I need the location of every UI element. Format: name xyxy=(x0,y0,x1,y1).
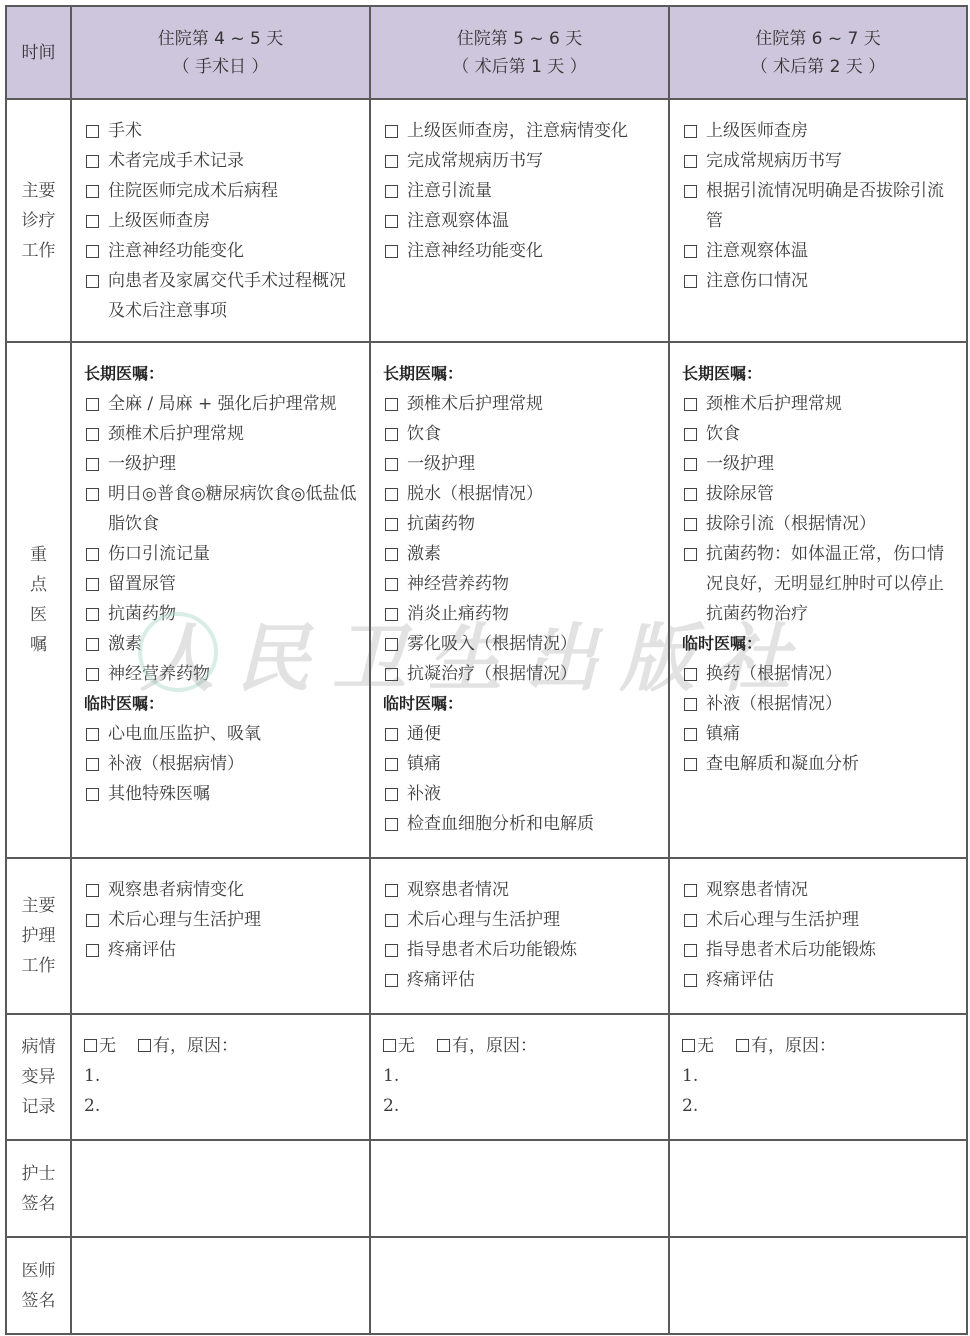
nurse-signature-day2[interactable] xyxy=(370,1140,669,1237)
checklist-item: 心电血压监护、吸氧 xyxy=(84,719,359,749)
checklist-item: 补液（根据情况） xyxy=(682,689,956,719)
checklist-item: 注意神经功能变化 xyxy=(383,236,658,266)
checklist-item-text: 上级医师查房 xyxy=(108,211,210,231)
checkbox-icon[interactable] xyxy=(86,548,99,561)
checklist-item-text: 拔除引流（根据情况） xyxy=(706,514,876,534)
checklist-item-text: 抗菌药物 xyxy=(407,514,475,534)
checkbox-icon[interactable] xyxy=(684,884,697,897)
checklist-item: 术后心理与生活护理 xyxy=(383,905,658,935)
checklist-item-text: 向患者及家属交代手术过程概况及术后注意事项 xyxy=(108,271,346,321)
label-line: 医 xyxy=(11,600,66,630)
checkbox-icon[interactable] xyxy=(684,548,697,561)
checklist-item-text: 换药（根据情况） xyxy=(706,664,842,684)
variation-day1: 无有，原因：1.2. xyxy=(71,1014,370,1140)
checkbox-icon[interactable] xyxy=(86,215,99,228)
reason-line[interactable]: 1. xyxy=(682,1061,956,1091)
checklist-item-text: 雾化吸入（根据情况） xyxy=(407,634,577,654)
checkbox-icon[interactable] xyxy=(86,245,99,258)
row-label-nurse-signature: 护士 签名 xyxy=(6,1140,71,1237)
label-line: 签名 xyxy=(11,1189,66,1219)
row-label-main-work: 主要 诊疗 工作 xyxy=(6,99,71,342)
variation-options: 无有，原因： xyxy=(84,1031,359,1061)
checklist-item-text: 注意引流量 xyxy=(407,181,492,201)
checklist-item: 换药（根据情况） xyxy=(682,659,956,689)
checkbox-icon[interactable] xyxy=(86,608,99,621)
checklist-item-text: 注意伤口情况 xyxy=(706,271,808,291)
checkbox-icon[interactable] xyxy=(385,728,398,741)
checklist-item-text: 镇痛 xyxy=(407,754,441,774)
checklist-item-text: 颈椎术后护理常规 xyxy=(407,394,543,414)
nursing-work-day3: 观察患者情况术后心理与生活护理指导患者术后功能锻炼疼痛评估 xyxy=(669,858,967,1014)
checklist-item: 颈椎术后护理常规 xyxy=(383,389,658,419)
doctor-signature-day2[interactable] xyxy=(370,1237,669,1334)
checklist-item: 镇痛 xyxy=(682,719,956,749)
label-line: 病情 xyxy=(11,1032,66,1062)
row-key-orders: 重 点 医 嘱 长期医嘱：全麻 / 局麻 + 强化后护理常规颈椎术后护理常规一级… xyxy=(6,342,967,858)
checkbox-icon[interactable] xyxy=(86,788,99,801)
checklist-item-text: 一级护理 xyxy=(108,454,176,474)
day-header-2-title: 住院第 5 ~ 6 天 xyxy=(371,25,668,53)
checklist-item-text: 抗菌药物：如体温正常，伤口情况良好，无明显红肿时可以停止抗菌药物治疗 xyxy=(706,544,944,624)
checkbox-icon[interactable] xyxy=(684,974,697,987)
checklist-item-text: 根据引流情况明确是否拔除引流管 xyxy=(706,181,944,231)
checklist-item: 饮食 xyxy=(383,419,658,449)
row-label-doctor-signature: 医师 签名 xyxy=(6,1237,71,1334)
checklist-item: 其他特殊医嘱 xyxy=(84,779,359,809)
checklist-item: 伤口引流记量 xyxy=(84,539,359,569)
option-yes-label: 有，原因： xyxy=(153,1036,238,1056)
label-line: 主要 xyxy=(11,891,66,921)
checklist-item-text: 激素 xyxy=(108,634,142,654)
checklist-item-text: 完成常规病历书写 xyxy=(706,151,842,171)
checklist-item: 疼痛评估 xyxy=(84,935,359,965)
nurse-signature-day1[interactable] xyxy=(71,1140,370,1237)
checklist-item: 术后心理与生活护理 xyxy=(84,905,359,935)
label-line: 医师 xyxy=(11,1256,66,1286)
checklist-item: 拔除引流（根据情况） xyxy=(682,509,956,539)
checklist-item: 补液 xyxy=(383,779,658,809)
checklist-item-text: 一级护理 xyxy=(407,454,475,474)
checkbox-icon[interactable] xyxy=(86,668,99,681)
option-none-label: 无 xyxy=(99,1036,116,1056)
checklist-item: 补液（根据病情） xyxy=(84,749,359,779)
checklist-item-text: 神经营养药物 xyxy=(108,664,210,684)
checklist-item-text: 明日◎普食◎糖尿病饮食◎低盐低脂饮食 xyxy=(108,484,357,534)
clinical-pathway-form: 时间 住院第 4 ~ 5 天 （ 手术日 ） 住院第 5 ~ 6 天 （ 术后第… xyxy=(5,5,966,1335)
checkbox-icon[interactable] xyxy=(684,275,697,288)
variation-options: 无有，原因： xyxy=(682,1031,956,1061)
checklist-item-text: 补液（根据病情） xyxy=(108,754,244,774)
checkbox-icon[interactable] xyxy=(385,884,398,897)
checkbox-icon[interactable] xyxy=(684,944,697,957)
doctor-signature-day1[interactable] xyxy=(71,1237,370,1334)
checkbox-icon[interactable] xyxy=(385,818,398,831)
checklist-item: 雾化吸入（根据情况） xyxy=(383,629,658,659)
checklist-item-text: 心电血压监护、吸氧 xyxy=(108,724,261,744)
checkbox-icon[interactable] xyxy=(684,728,697,741)
checklist-item: 手术 xyxy=(84,116,359,146)
checkbox-icon[interactable] xyxy=(684,914,697,927)
checklist-item: 抗菌药物 xyxy=(383,509,658,539)
checklist-item: 上级医师查房 xyxy=(84,206,359,236)
day-header-1-sub: （ 手术日 ） xyxy=(72,53,369,81)
header-row: 时间 住院第 4 ~ 5 天 （ 手术日 ） 住院第 5 ~ 6 天 （ 术后第… xyxy=(6,6,967,99)
checkbox-icon[interactable] xyxy=(385,458,398,471)
checkbox-icon[interactable] xyxy=(86,125,99,138)
row-label-key-orders: 重 点 医 嘱 xyxy=(6,342,71,858)
long-term-orders-heading: 长期医嘱： xyxy=(682,359,956,389)
checklist-item: 一级护理 xyxy=(682,449,956,479)
checklist-item: 抗凝治疗（根据情况） xyxy=(383,659,658,689)
checklist-item-text: 伤口引流记量 xyxy=(108,544,210,564)
checkbox-icon[interactable] xyxy=(86,578,99,591)
checklist-item: 拔除尿管 xyxy=(682,479,956,509)
label-line: 诊疗 xyxy=(11,206,66,236)
checkbox-icon[interactable] xyxy=(385,548,398,561)
checkbox-icon[interactable] xyxy=(385,638,398,651)
checklist-item: 注意神经功能变化 xyxy=(84,236,359,266)
day-header-2: 住院第 5 ~ 6 天 （ 术后第 1 天 ） xyxy=(370,6,669,99)
checkbox-icon[interactable] xyxy=(86,884,99,897)
doctor-signature-day3[interactable] xyxy=(669,1237,967,1334)
checklist-item: 消炎止痛药物 xyxy=(383,599,658,629)
checkbox-icon[interactable] xyxy=(385,944,398,957)
checkbox-icon[interactable] xyxy=(385,245,398,258)
checkbox-icon[interactable] xyxy=(385,518,398,531)
checkbox-icon[interactable] xyxy=(385,215,398,228)
checkbox-none-icon[interactable] xyxy=(383,1039,396,1052)
checklist-item-text: 术者完成手术记录 xyxy=(108,151,244,171)
checklist-item-text: 消炎止痛药物 xyxy=(407,604,509,624)
checkbox-icon[interactable] xyxy=(385,185,398,198)
checklist-item: 一级护理 xyxy=(383,449,658,479)
checkbox-icon[interactable] xyxy=(86,914,99,927)
row-main-work: 主要 诊疗 工作 手术术者完成手术记录住院医师完成术后病程上级医师查房注意神经功… xyxy=(6,99,967,342)
reason-line[interactable]: 1. xyxy=(383,1061,658,1091)
checkbox-none-icon[interactable] xyxy=(682,1039,695,1052)
row-label-variation: 病情 变异 记录 xyxy=(6,1014,71,1140)
long-term-orders-heading: 长期医嘱： xyxy=(383,359,658,389)
reason-line[interactable]: 1. xyxy=(84,1061,359,1091)
checkbox-icon[interactable] xyxy=(684,758,697,771)
checklist-item: 检查血细胞分析和电解质 xyxy=(383,809,658,839)
checklist-item: 术后心理与生活护理 xyxy=(682,905,956,935)
checklist-item-text: 神经营养药物 xyxy=(407,574,509,594)
key-orders-day3: 长期医嘱：颈椎术后护理常规饮食一级护理拔除尿管拔除引流（根据情况）抗菌药物：如体… xyxy=(669,342,967,858)
checklist-item-text: 颈椎术后护理常规 xyxy=(108,424,244,444)
row-label-nursing-work: 主要 护理 工作 xyxy=(6,858,71,1014)
checklist-item-text: 疼痛评估 xyxy=(706,970,774,990)
checklist-item-text: 其他特殊医嘱 xyxy=(108,784,210,804)
reason-line[interactable]: 2. xyxy=(84,1091,359,1121)
checklist-item-text: 拔除尿管 xyxy=(706,484,774,504)
checklist-item: 注意观察体温 xyxy=(682,236,956,266)
label-line: 工作 xyxy=(11,951,66,981)
checkbox-yes-icon[interactable] xyxy=(138,1039,151,1052)
checklist-item: 激素 xyxy=(383,539,658,569)
checklist-item: 注意伤口情况 xyxy=(682,266,956,296)
checklist-item: 抗菌药物：如体温正常，伤口情况良好，无明显红肿时可以停止抗菌药物治疗 xyxy=(682,539,956,629)
checklist-item-text: 观察患者病情变化 xyxy=(108,880,244,900)
checklist-item: 激素 xyxy=(84,629,359,659)
label-line: 嘱 xyxy=(11,630,66,660)
day-header-3: 住院第 6 ~ 7 天 （ 术后第 2 天 ） xyxy=(669,6,967,99)
checklist-item: 疼痛评估 xyxy=(383,965,658,995)
checklist-item: 观察患者病情变化 xyxy=(84,875,359,905)
checkbox-icon[interactable] xyxy=(385,914,398,927)
checkbox-icon[interactable] xyxy=(385,488,398,501)
label-line: 变异 xyxy=(11,1062,66,1092)
checklist-item-text: 完成常规病历书写 xyxy=(407,151,543,171)
label-line: 签名 xyxy=(11,1286,66,1316)
checklist-item-text: 注意观察体温 xyxy=(407,211,509,231)
checkbox-icon[interactable] xyxy=(385,428,398,441)
pathway-table: 时间 住院第 4 ~ 5 天 （ 手术日 ） 住院第 5 ~ 6 天 （ 术后第… xyxy=(5,5,968,1335)
main-work-day3: 上级医师查房完成常规病历书写根据引流情况明确是否拔除引流管注意观察体温注意伤口情… xyxy=(669,99,967,342)
option-yes-label: 有，原因： xyxy=(452,1036,537,1056)
checklist-item: 术者完成手术记录 xyxy=(84,146,359,176)
checkbox-icon[interactable] xyxy=(86,275,99,288)
checkbox-icon[interactable] xyxy=(684,518,697,531)
checklist-item-text: 脱水（根据情况） xyxy=(407,484,543,504)
checkbox-icon[interactable] xyxy=(684,125,697,138)
checkbox-icon[interactable] xyxy=(684,698,697,711)
option-none-label: 无 xyxy=(697,1036,714,1056)
checklist-item: 抗菌药物 xyxy=(84,599,359,629)
checklist-item-text: 一级护理 xyxy=(706,454,774,474)
checkbox-icon[interactable] xyxy=(684,428,697,441)
checklist-item: 注意观察体温 xyxy=(383,206,658,236)
checklist-item-text: 抗菌药物 xyxy=(108,604,176,624)
checkbox-icon[interactable] xyxy=(86,398,99,411)
checkbox-icon[interactable] xyxy=(385,398,398,411)
checklist-item: 颈椎术后护理常规 xyxy=(682,389,956,419)
checklist-item: 疼痛评估 xyxy=(682,965,956,995)
checkbox-icon[interactable] xyxy=(684,155,697,168)
variation-day3: 无有，原因：1.2. xyxy=(669,1014,967,1140)
checklist-item: 神经营养药物 xyxy=(84,659,359,689)
checkbox-icon[interactable] xyxy=(86,185,99,198)
checkbox-icon[interactable] xyxy=(385,758,398,771)
reason-line[interactable]: 2. xyxy=(682,1091,956,1121)
nursing-work-day2: 观察患者情况术后心理与生活护理指导患者术后功能锻炼疼痛评估 xyxy=(370,858,669,1014)
checklist-item: 观察患者情况 xyxy=(383,875,658,905)
checkbox-icon[interactable] xyxy=(385,578,398,591)
label-line: 记录 xyxy=(11,1092,66,1122)
checkbox-icon[interactable] xyxy=(385,125,398,138)
temporary-orders-heading: 临时医嘱： xyxy=(682,629,956,659)
checkbox-icon[interactable] xyxy=(684,245,697,258)
checklist-item-text: 全麻 / 局麻 + 强化后护理常规 xyxy=(108,394,337,414)
checklist-item-text: 激素 xyxy=(407,544,441,564)
checklist-item-text: 观察患者情况 xyxy=(407,880,509,900)
checklist-item-text: 疼痛评估 xyxy=(407,970,475,990)
checklist-item: 留置尿管 xyxy=(84,569,359,599)
checkbox-icon[interactable] xyxy=(86,428,99,441)
checklist-item: 镇痛 xyxy=(383,749,658,779)
checklist-item: 神经营养药物 xyxy=(383,569,658,599)
checklist-item-text: 手术 xyxy=(108,121,142,141)
option-yes-label: 有，原因： xyxy=(751,1036,836,1056)
checkbox-icon[interactable] xyxy=(86,758,99,771)
checklist-item: 上级医师查房 xyxy=(682,116,956,146)
checklist-item-text: 疼痛评估 xyxy=(108,940,176,960)
checkbox-none-icon[interactable] xyxy=(84,1039,97,1052)
checklist-item-text: 补液（根据情况） xyxy=(706,694,842,714)
checklist-item: 颈椎术后护理常规 xyxy=(84,419,359,449)
checklist-item-text: 上级医师查房，注意病情变化 xyxy=(407,121,628,141)
checklist-item-text: 住院医师完成术后病程 xyxy=(108,181,278,201)
checklist-item-text: 术后心理与生活护理 xyxy=(706,910,859,930)
checklist-item-text: 镇痛 xyxy=(706,724,740,744)
checklist-item-text: 上级医师查房 xyxy=(706,121,808,141)
checklist-item: 脱水（根据情况） xyxy=(383,479,658,509)
row-doctor-signature: 医师 签名 xyxy=(6,1237,967,1334)
checklist-item-text: 术后心理与生活护理 xyxy=(407,910,560,930)
checklist-item: 根据引流情况明确是否拔除引流管 xyxy=(682,176,956,236)
label-line: 护士 xyxy=(11,1159,66,1189)
variation-day2: 无有，原因：1.2. xyxy=(370,1014,669,1140)
checklist-item: 观察患者情况 xyxy=(682,875,956,905)
checklist-item-text: 观察患者情况 xyxy=(706,880,808,900)
checklist-item: 全麻 / 局麻 + 强化后护理常规 xyxy=(84,389,359,419)
checklist-item-text: 通便 xyxy=(407,724,441,744)
variation-options: 无有，原因： xyxy=(383,1031,658,1061)
checkbox-icon[interactable] xyxy=(684,488,697,501)
row-nursing-work: 主要 护理 工作 观察患者病情变化术后心理与生活护理疼痛评估 观察患者情况术后心… xyxy=(6,858,967,1014)
nurse-signature-day3[interactable] xyxy=(669,1140,967,1237)
checkbox-icon[interactable] xyxy=(385,788,398,801)
checkbox-icon[interactable] xyxy=(684,458,697,471)
checklist-item: 指导患者术后功能锻炼 xyxy=(682,935,956,965)
checklist-item: 一级护理 xyxy=(84,449,359,479)
checklist-item: 查电解质和凝血分析 xyxy=(682,749,956,779)
checkbox-icon[interactable] xyxy=(684,398,697,411)
checkbox-icon[interactable] xyxy=(385,608,398,621)
day-header-1-title: 住院第 4 ~ 5 天 xyxy=(72,25,369,53)
row-variation: 病情 变异 记录 无有，原因：1.2. 无有，原因：1.2. 无有，原因：1.2… xyxy=(6,1014,967,1140)
day-header-3-sub: （ 术后第 2 天 ） xyxy=(670,53,966,81)
checkbox-yes-icon[interactable] xyxy=(437,1039,450,1052)
checklist-item-text: 查电解质和凝血分析 xyxy=(706,754,859,774)
checkbox-icon[interactable] xyxy=(86,458,99,471)
checklist-item-text: 术后心理与生活护理 xyxy=(108,910,261,930)
checklist-item-text: 饮食 xyxy=(407,424,441,444)
checkbox-icon[interactable] xyxy=(86,638,99,651)
checkbox-icon[interactable] xyxy=(86,155,99,168)
checklist-item-text: 指导患者术后功能锻炼 xyxy=(706,940,876,960)
checkbox-icon[interactable] xyxy=(684,668,697,681)
time-header: 时间 xyxy=(6,6,71,99)
checkbox-icon[interactable] xyxy=(385,974,398,987)
day-header-3-title: 住院第 6 ~ 7 天 xyxy=(670,25,966,53)
checklist-item-text: 抗凝治疗（根据情况） xyxy=(407,664,577,684)
nursing-work-day1: 观察患者病情变化术后心理与生活护理疼痛评估 xyxy=(71,858,370,1014)
checklist-item: 完成常规病历书写 xyxy=(682,146,956,176)
checklist-item-text: 指导患者术后功能锻炼 xyxy=(407,940,577,960)
checklist-item: 住院医师完成术后病程 xyxy=(84,176,359,206)
checklist-item-text: 注意观察体温 xyxy=(706,241,808,261)
label-line: 重 xyxy=(11,540,66,570)
day-header-2-sub: （ 术后第 1 天 ） xyxy=(371,53,668,81)
key-orders-day2: 长期医嘱：颈椎术后护理常规饮食一级护理脱水（根据情况）抗菌药物激素神经营养药物消… xyxy=(370,342,669,858)
checklist-item: 通便 xyxy=(383,719,658,749)
checkbox-icon[interactable] xyxy=(684,185,697,198)
checklist-item: 饮食 xyxy=(682,419,956,449)
checkbox-icon[interactable] xyxy=(385,668,398,681)
checklist-item: 向患者及家属交代手术过程概况及术后注意事项 xyxy=(84,266,359,326)
checkbox-yes-icon[interactable] xyxy=(736,1039,749,1052)
temporary-orders-heading: 临时医嘱： xyxy=(383,689,658,719)
checkbox-icon[interactable] xyxy=(86,488,99,501)
label-line: 主要 xyxy=(11,176,66,206)
temporary-orders-heading: 临时医嘱： xyxy=(84,689,359,719)
long-term-orders-heading: 长期医嘱： xyxy=(84,359,359,389)
main-work-day1: 手术术者完成手术记录住院医师完成术后病程上级医师查房注意神经功能变化向患者及家属… xyxy=(71,99,370,342)
checkbox-icon[interactable] xyxy=(385,155,398,168)
checklist-item: 注意引流量 xyxy=(383,176,658,206)
label-line: 点 xyxy=(11,570,66,600)
checkbox-icon[interactable] xyxy=(86,728,99,741)
checklist-item-text: 饮食 xyxy=(706,424,740,444)
checklist-item-text: 颈椎术后护理常规 xyxy=(706,394,842,414)
day-header-1: 住院第 4 ~ 5 天 （ 手术日 ） xyxy=(71,6,370,99)
label-line: 工作 xyxy=(11,236,66,266)
checklist-item: 明日◎普食◎糖尿病饮食◎低盐低脂饮食 xyxy=(84,479,359,539)
checklist-item-text: 注意神经功能变化 xyxy=(407,241,543,261)
key-orders-day1: 长期医嘱：全麻 / 局麻 + 强化后护理常规颈椎术后护理常规一级护理明日◎普食◎… xyxy=(71,342,370,858)
checklist-item: 完成常规病历书写 xyxy=(383,146,658,176)
checklist-item: 指导患者术后功能锻炼 xyxy=(383,935,658,965)
checklist-item-text: 注意神经功能变化 xyxy=(108,241,244,261)
reason-line[interactable]: 2. xyxy=(383,1091,658,1121)
checklist-item: 上级医师查房，注意病情变化 xyxy=(383,116,658,146)
row-nurse-signature: 护士 签名 xyxy=(6,1140,967,1237)
option-none-label: 无 xyxy=(398,1036,415,1056)
main-work-day2: 上级医师查房，注意病情变化完成常规病历书写注意引流量注意观察体温注意神经功能变化 xyxy=(370,99,669,342)
checklist-item-text: 补液 xyxy=(407,784,441,804)
checklist-item-text: 检查血细胞分析和电解质 xyxy=(407,814,594,834)
checklist-item-text: 留置尿管 xyxy=(108,574,176,594)
checkbox-icon[interactable] xyxy=(86,944,99,957)
label-line: 护理 xyxy=(11,921,66,951)
